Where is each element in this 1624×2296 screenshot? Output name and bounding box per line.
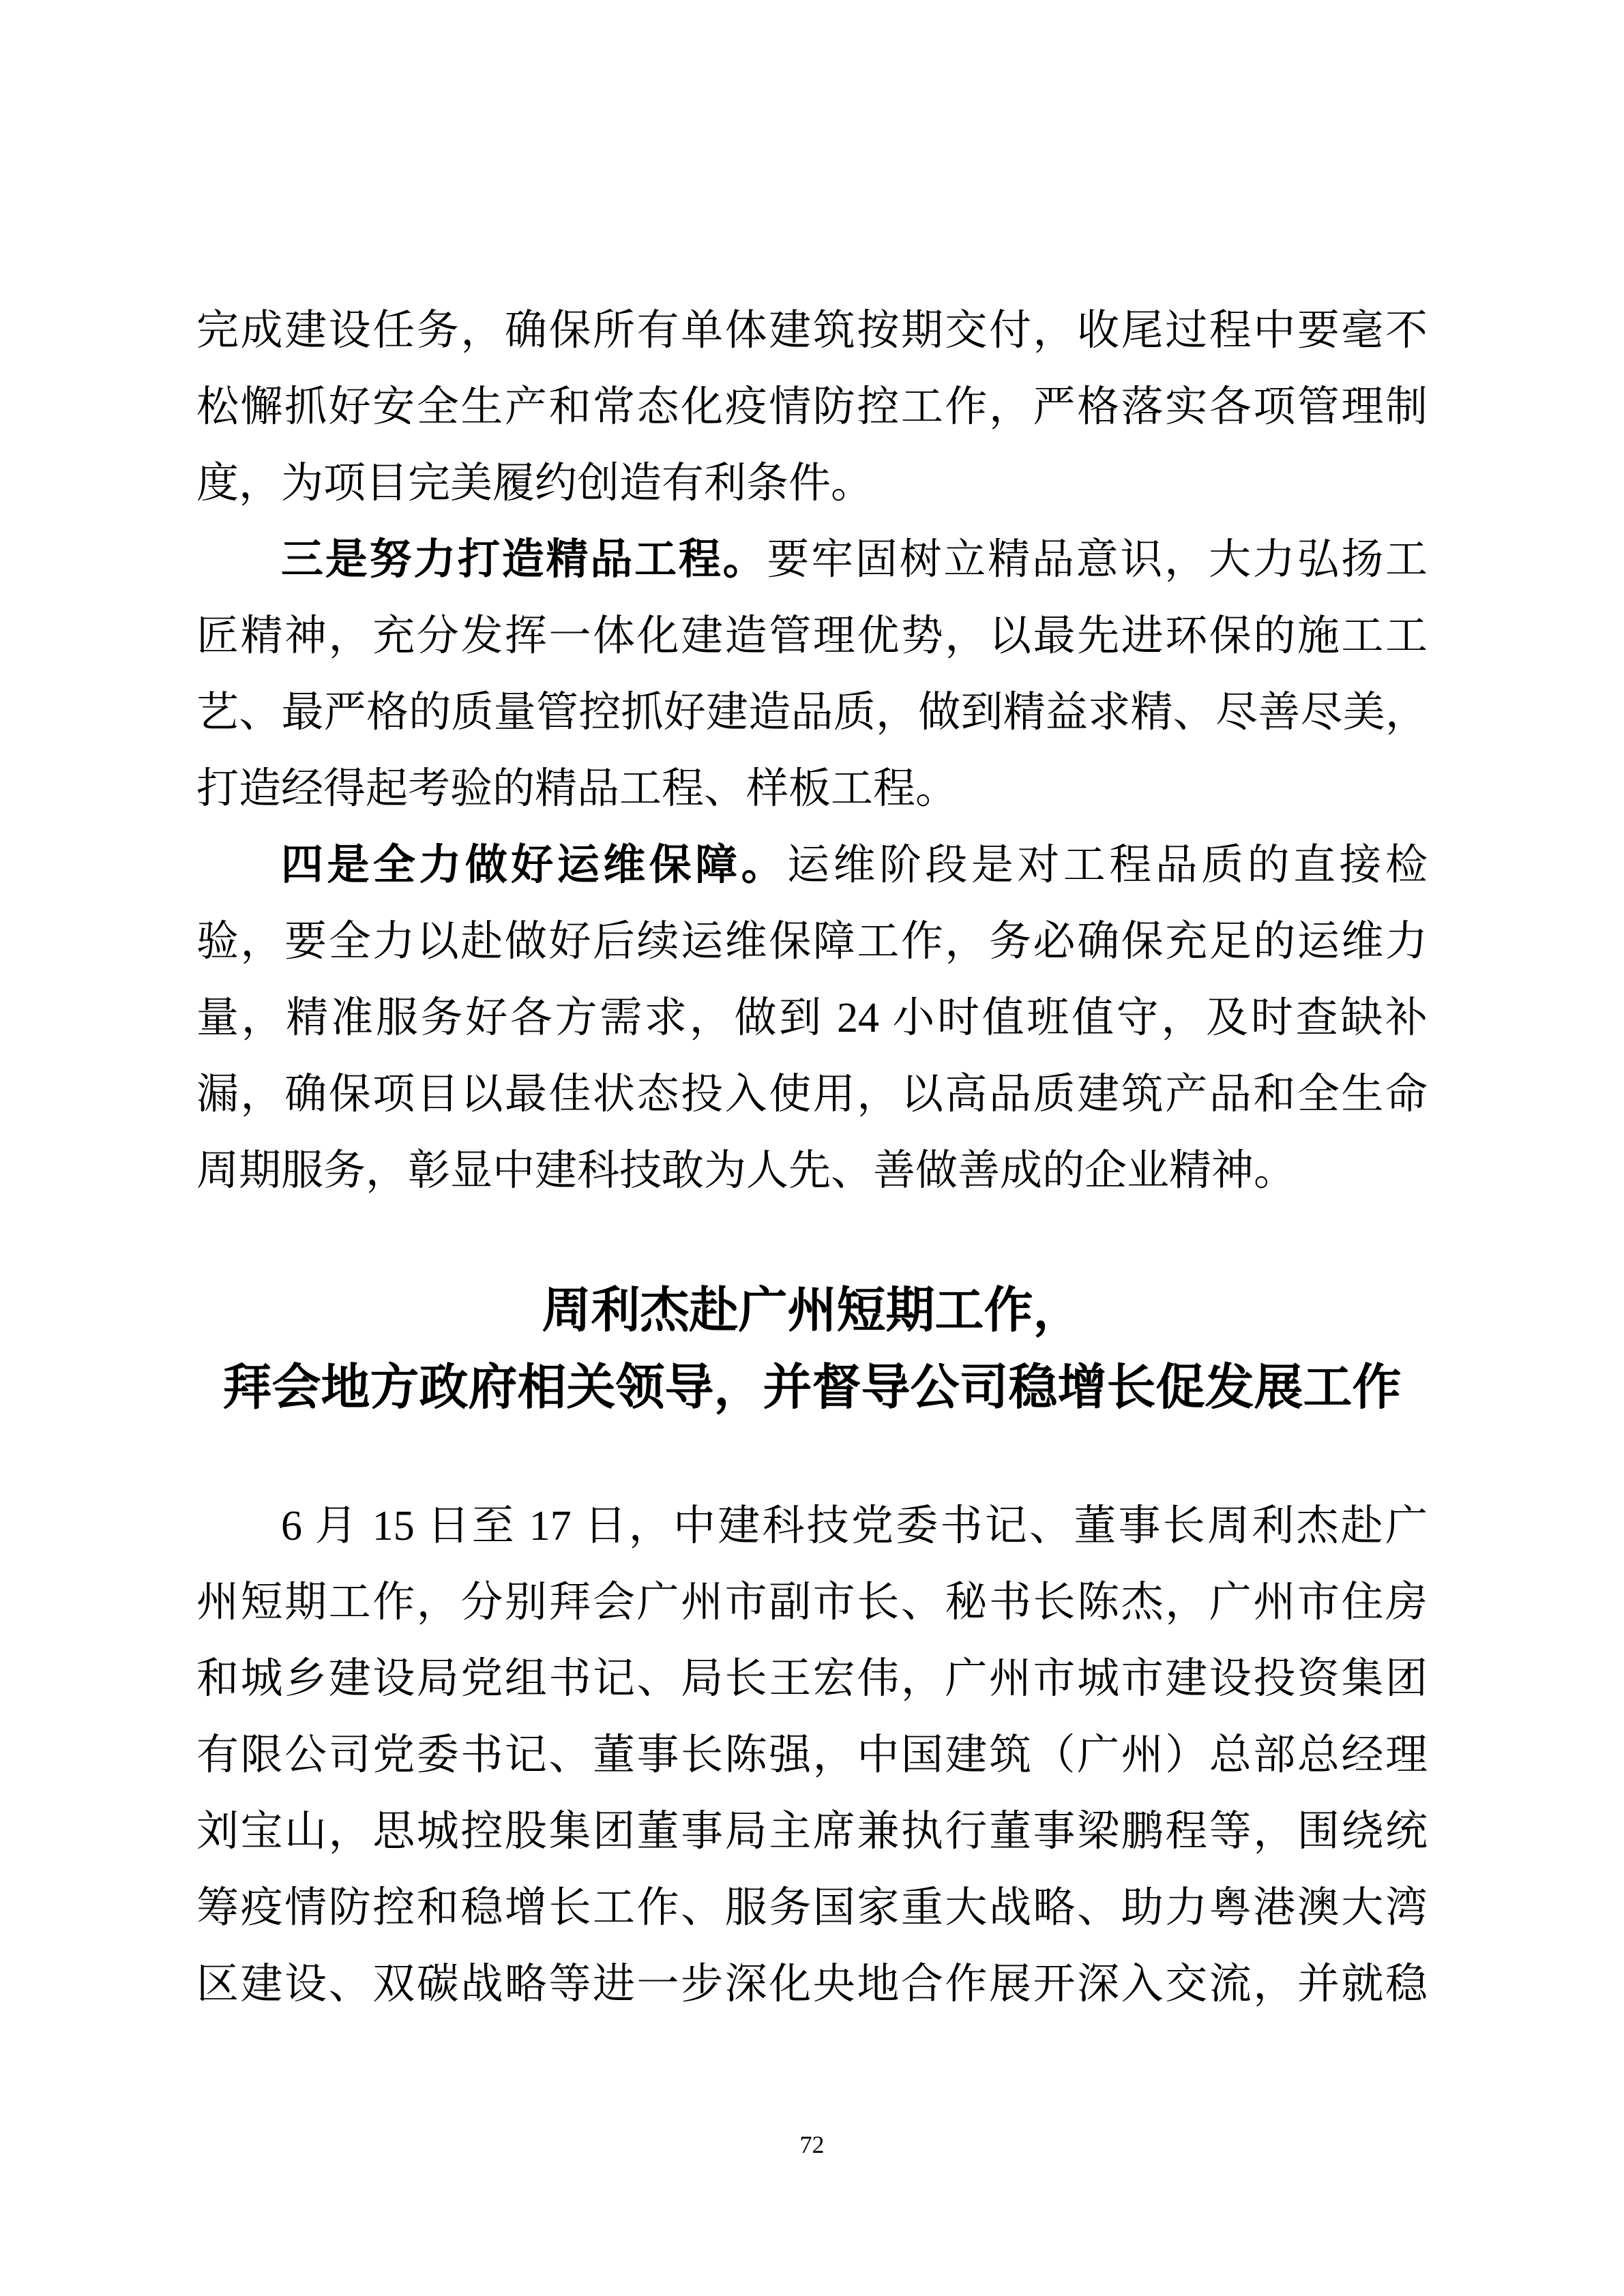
text-line: 四是全力做好运维保障。运维阶段是对工程品质的直接检 bbox=[196, 827, 1428, 904]
heading-line: 周利杰赴广州短期工作， bbox=[196, 1272, 1428, 1350]
text-line: 州短期工作，分别拜会广州市副市长、秘书长陈杰，广州市住房 bbox=[196, 1564, 1428, 1641]
text-line: 区建设、双碳战略等进一步深化央地合作展开深入交流，并就稳 bbox=[196, 1946, 1428, 2023]
paragraph: 四是全力做好运维保障。运维阶段是对工程品质的直接检验，要全力以赴做好后续运维保障… bbox=[196, 827, 1428, 1209]
text-segment: 刘宝山，思城控股集团董事局主席兼执行董事梁鹏程等，围绕统 bbox=[196, 1808, 1428, 1855]
text-segment: 6 月 15 日至 17 日，中建科技党委书记、董事长周利杰赴广 bbox=[281, 1503, 1428, 1549]
bold-text-segment: 周利杰赴广州短期工作， bbox=[542, 1283, 1082, 1338]
bold-text-segment: 三是努力打造精品工程。 bbox=[281, 537, 767, 583]
text-segment: 匠精神，充分发挥一体化建造管理优势，以最先进环保的施工工 bbox=[196, 613, 1428, 659]
text-segment: 筹疫情防控和稳增长工作、服务国家重大战略、助力粤港澳大湾 bbox=[196, 1885, 1428, 1931]
text-line: 漏，确保项目以最佳状态投入使用，以高品质建筑产品和全生命 bbox=[196, 1056, 1428, 1133]
article-heading: 周利杰赴广州短期工作，拜会地方政府相关领导，并督导公司稳增长促发展工作 bbox=[196, 1272, 1428, 1427]
text-segment: 打造经得起考验的精品工程、样板工程。 bbox=[196, 766, 958, 812]
paragraph: 三是努力打造精品工程。要牢固树立精品意识，大力弘扬工匠精神，充分发挥一体化建造管… bbox=[196, 522, 1428, 827]
text-segment: 漏，确保项目以最佳状态投入使用，以高品质建筑产品和全生命 bbox=[196, 1071, 1428, 1118]
text-segment: 验，要全力以赴做好后续运维保障工作，务必确保充足的运维力 bbox=[196, 919, 1428, 965]
bold-text-segment: 四是全力做好运维保障。 bbox=[281, 842, 787, 889]
text-line: 筹疫情防控和稳增长工作、服务国家重大战略、助力粤港澳大湾 bbox=[196, 1870, 1428, 1946]
text-line: 松懈抓好安全生产和常态化疫情防控工作，严格落实各项管理制 bbox=[196, 369, 1428, 445]
text-segment: 完成建设任务，确保所有单体建筑按期交付，收尾过程中要毫不 bbox=[196, 308, 1428, 354]
text-line: 艺、最严格的质量管控抓好建造品质，做到精益求精、尽善尽美， bbox=[196, 674, 1428, 751]
text-segment: 量，精准服务好各方需求，做到 24 小时值班值守，及时查缺补 bbox=[196, 995, 1428, 1041]
text-line: 和城乡建设局党组书记、局长王宏伟，广州市城市建设投资集团 bbox=[196, 1641, 1428, 1717]
text-segment: 和城乡建设局党组书记、局长王宏伟，广州市城市建设投资集团 bbox=[196, 1656, 1428, 1702]
text-line: 6 月 15 日至 17 日，中建科技党委书记、董事长周利杰赴广 bbox=[196, 1488, 1428, 1564]
bold-text-segment: 拜会地方政府相关领导，并督导公司稳增长促发展工作 bbox=[222, 1360, 1401, 1415]
text-segment: 艺、最严格的质量管控抓好建造品质，做到精益求精、尽善尽美， bbox=[196, 689, 1428, 736]
text-segment: 周期服务，彰显中建科技敢为人先、善做善成的企业精神。 bbox=[196, 1148, 1296, 1194]
paragraph: 6 月 15 日至 17 日，中建科技党委书记、董事长周利杰赴广州短期工作，分别… bbox=[196, 1488, 1428, 2023]
text-line: 匠精神，充分发挥一体化建造管理优势，以最先进环保的施工工 bbox=[196, 598, 1428, 674]
text-line: 量，精准服务好各方需求，做到 24 小时值班值守，及时查缺补 bbox=[196, 980, 1428, 1056]
text-line: 有限公司党委书记、董事长陈强，中国建筑（广州）总部总经理 bbox=[196, 1717, 1428, 1793]
text-segment: 度，为项目完美履约创造有利条件。 bbox=[196, 460, 873, 507]
paragraph: 完成建设任务，确保所有单体建筑按期交付，收尾过程中要毫不松懈抓好安全生产和常态化… bbox=[196, 293, 1428, 522]
text-line: 刘宝山，思城控股集团董事局主席兼执行董事梁鹏程等，围绕统 bbox=[196, 1793, 1428, 1870]
text-segment: 运维阶段是对工程品质的直接检 bbox=[787, 842, 1428, 889]
document-page: 完成建设任务，确保所有单体建筑按期交付，收尾过程中要毫不松懈抓好安全生产和常态化… bbox=[0, 0, 1624, 2296]
text-line: 度，为项目完美履约创造有利条件。 bbox=[196, 445, 1428, 522]
heading-line: 拜会地方政府相关领导，并督导公司稳增长促发展工作 bbox=[196, 1350, 1428, 1427]
text-segment: 区建设、双碳战略等进一步深化央地合作展开深入交流，并就稳 bbox=[196, 1961, 1428, 2008]
page-number: 72 bbox=[0, 2130, 1624, 2160]
text-line: 完成建设任务，确保所有单体建筑按期交付，收尾过程中要毫不 bbox=[196, 293, 1428, 369]
text-line: 打造经得起考验的精品工程、样板工程。 bbox=[196, 751, 1428, 827]
text-segment: 州短期工作，分别拜会广州市副市长、秘书长陈杰，广州市住房 bbox=[196, 1579, 1428, 1626]
text-segment: 有限公司党委书记、董事长陈强，中国建筑（广州）总部总经理 bbox=[196, 1732, 1428, 1778]
text-line: 三是努力打造精品工程。要牢固树立精品意识，大力弘扬工 bbox=[196, 522, 1428, 598]
text-segment: 松懈抓好安全生产和常态化疫情防控工作，严格落实各项管理制 bbox=[196, 384, 1428, 430]
text-line: 周期服务，彰显中建科技敢为人先、善做善成的企业精神。 bbox=[196, 1133, 1428, 1209]
text-segment: 要牢固树立精品意识，大力弘扬工 bbox=[767, 537, 1428, 583]
document-body: 完成建设任务，确保所有单体建筑按期交付，收尾过程中要毫不松懈抓好安全生产和常态化… bbox=[196, 293, 1428, 2023]
text-line: 验，要全力以赴做好后续运维保障工作，务必确保充足的运维力 bbox=[196, 904, 1428, 980]
